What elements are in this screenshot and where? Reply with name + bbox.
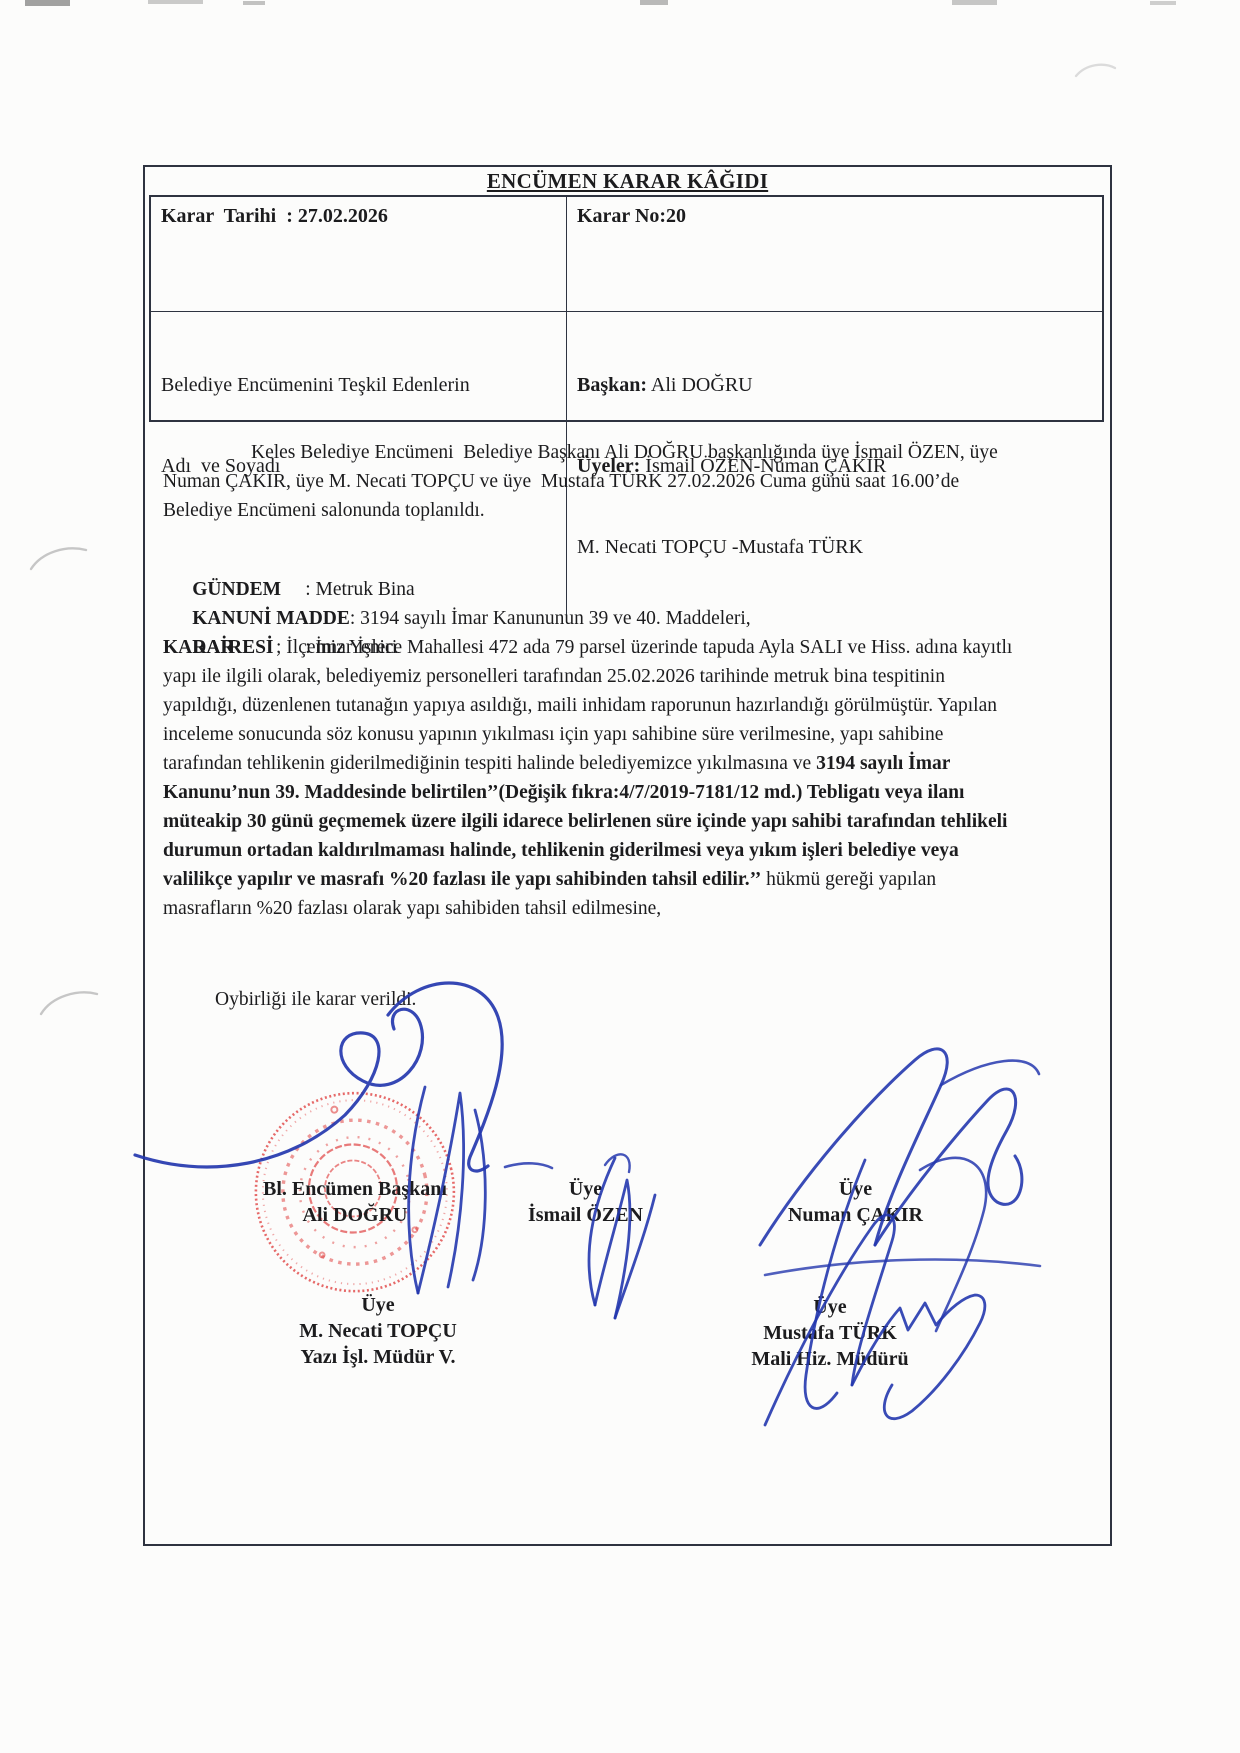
field-label-karar: KARAR [163, 633, 276, 662]
field-gundem: GÜNDEM: Metruk Bina [163, 546, 1017, 575]
baskan-line: Başkan: Ali DOĞRU [577, 372, 1092, 399]
field-label-gundem: GÜNDEM [192, 575, 305, 604]
karar-paragraph: KARAR; İlçemiz Yenice Mahallesi 472 ada … [163, 633, 1017, 923]
karar-separator: ; [276, 637, 286, 658]
signature-role: Yazı İşl. Müdür V. [258, 1344, 498, 1370]
document-title: ENCÜMEN KARAR KÂĞIDI [143, 169, 1112, 194]
members-title-line1: Belediye Encümenini Teşkil Edenlerin [161, 372, 556, 399]
header-row-1: Karar Tarihi : 27.02.2026 Karar No:20 [151, 197, 1102, 312]
signature-ink-necati-topcu [370, 1075, 570, 1310]
signature-name: M. Necati TOPÇU [258, 1318, 498, 1344]
baskan-label: Başkan: [577, 374, 647, 396]
scan-artifact [952, 0, 997, 5]
karar-no-cell: Karar No:20 [567, 197, 1102, 311]
margin-mark [38, 986, 100, 1020]
signature-ink-mustafa-turk [680, 1135, 1010, 1445]
scanned-document-page: ENCÜMEN KARAR KÂĞIDI Karar Tarihi : 27.0… [0, 0, 1240, 1753]
margin-mark [28, 543, 90, 575]
header-table: Karar Tarihi : 27.02.2026 Karar No:20 Be… [149, 195, 1104, 422]
scan-artifact [1150, 1, 1176, 5]
scan-artifact [640, 0, 668, 5]
field-separator-kanuni-madde: : [350, 608, 360, 629]
karar-tarihi-cell: Karar Tarihi : 27.02.2026 [151, 197, 567, 311]
field-value-kanuni-madde: 3194 sayılı İmar Kanununun 39 ve 40. Mad… [360, 608, 750, 629]
field-value-gundem: Metruk Bina [316, 579, 415, 600]
scan-artifact [148, 0, 203, 4]
fields-block: GÜNDEM: Metruk Bina KANUNİ MADDE: 3194 s… [163, 546, 1017, 633]
baskan-name: Ali DOĞRU [647, 374, 753, 396]
field-separator-gundem: : [305, 579, 315, 600]
intro-paragraph: Keles Belediye Encümeni Belediye Başkanı… [163, 438, 1017, 525]
scan-artifact [25, 0, 70, 6]
scan-artifact [243, 1, 265, 5]
field-label-kanuni-madde: KANUNİ MADDE [192, 604, 350, 633]
margin-mark [1072, 58, 1118, 82]
